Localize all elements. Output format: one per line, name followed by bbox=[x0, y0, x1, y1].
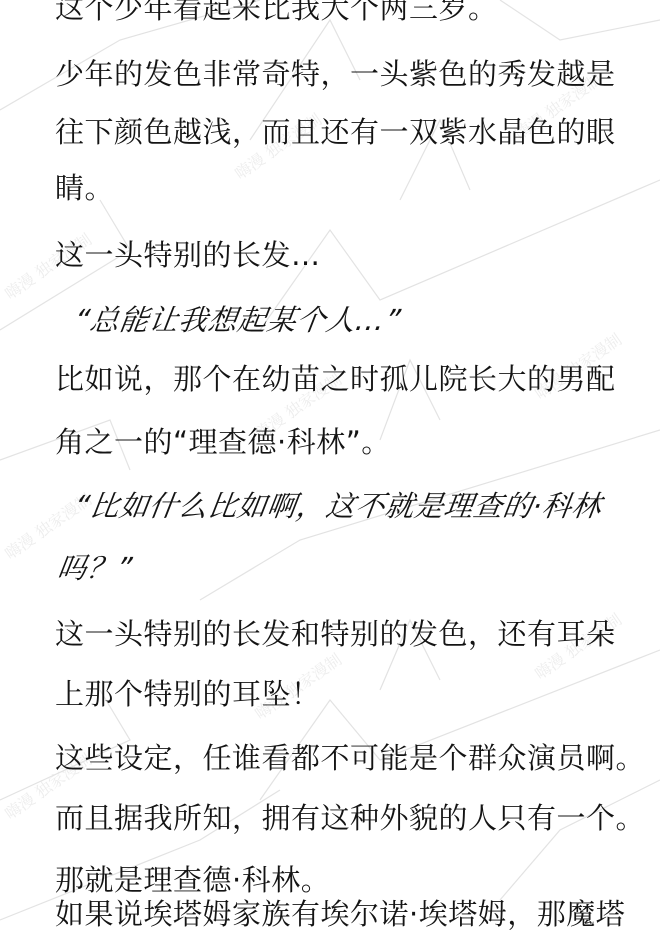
text-line-15: 那就是理查德·科林。 bbox=[55, 862, 330, 898]
text-line-14: 而且据我所知，拥有这种外貌的人只有一个。 bbox=[55, 800, 645, 836]
text-line-11: 这一头特别的长发和特别的发色，还有耳朵 bbox=[55, 616, 616, 652]
text-line-5: 这一头特别的长发… bbox=[55, 237, 321, 273]
text-line-1: 这个少年看起来比我大个两三岁。 bbox=[55, 0, 498, 26]
text-line-13: 这些设定，任谁看都不可能是个群众演员啊。 bbox=[55, 740, 645, 776]
text-line-4: 睛。 bbox=[55, 170, 114, 206]
text-line-2: 少年的发色非常奇特，一头紫色的秀发越是 bbox=[55, 56, 616, 92]
text-line-3: 往下颜色越浅，而且还有一双紫水晶色的眼 bbox=[55, 114, 616, 150]
inner-thought-line-1: “总能让我想起某个人…” bbox=[72, 302, 403, 338]
inner-thought-line-3: 吗？” bbox=[55, 550, 135, 586]
text-line-8: 角之一的“理查德·科林”。 bbox=[55, 424, 391, 460]
inner-thought-line-2: “比如什么比如啊，这不就是理查的·科林 bbox=[72, 488, 604, 524]
document-body: 这个少年看起来比我大个两三岁。 少年的发色非常奇特，一头紫色的秀发越是 往下颜色… bbox=[0, 0, 660, 937]
text-line-16: 如果说埃塔姆家族有埃尔诺·埃塔姆，那魔塔 bbox=[55, 896, 625, 932]
text-line-7: 比如说，那个在幼苗之时孤儿院长大的男配 bbox=[55, 361, 616, 397]
text-line-12: 上那个特别的耳坠！ bbox=[55, 676, 321, 712]
